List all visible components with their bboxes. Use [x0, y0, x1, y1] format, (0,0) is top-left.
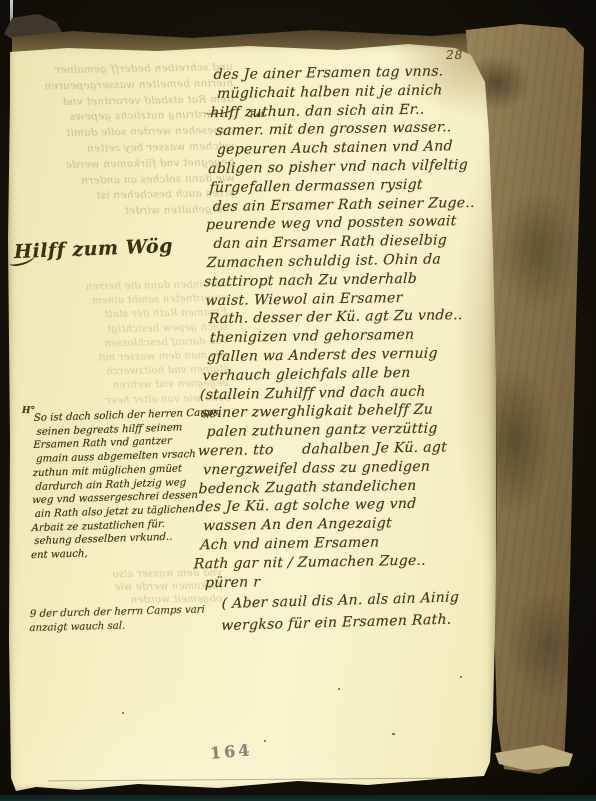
main-text-block: des Je ainer Ersamen tag vnns.müglichait… [195, 61, 502, 592]
ink-speck [338, 688, 340, 690]
verso-bleedthrough-lower: vnd dem wasser alsofürkomen werde wieobg… [22, 567, 223, 609]
ink-speck [392, 733, 395, 735]
manuscript-photo: und schreiben bederff gemainerhierinn be… [0, 0, 596, 801]
ink-speck [460, 676, 462, 678]
verso-bleedthrough-middle: darumben dann die herrenverordneten samb… [21, 278, 230, 410]
verso-bleedthrough-top: und schreiben bederff gemainerhierinn be… [15, 60, 236, 222]
margin-footnote: 9 der durch der herrn Camps varianzaigt … [29, 603, 225, 635]
interlinear-insert: Rat [250, 110, 265, 119]
pencil-folio-number: 164 [209, 740, 253, 763]
ink-speck [122, 712, 124, 714]
closing-paragraph: ( Aber sauil dis An. als ain Ainigwergks… [221, 586, 502, 637]
margin-note: So ist dach solich der herren Caups.sein… [31, 406, 234, 563]
margin-heading: Hilff zum Wög [14, 235, 175, 263]
bleedthrough-line: vnd gehalten wirdet [17, 202, 235, 222]
scan-bed-strip [0, 795, 596, 801]
manuscript-page: und schreiben bederff gemainerhierinn be… [8, 40, 496, 792]
ink-speck [264, 740, 266, 742]
